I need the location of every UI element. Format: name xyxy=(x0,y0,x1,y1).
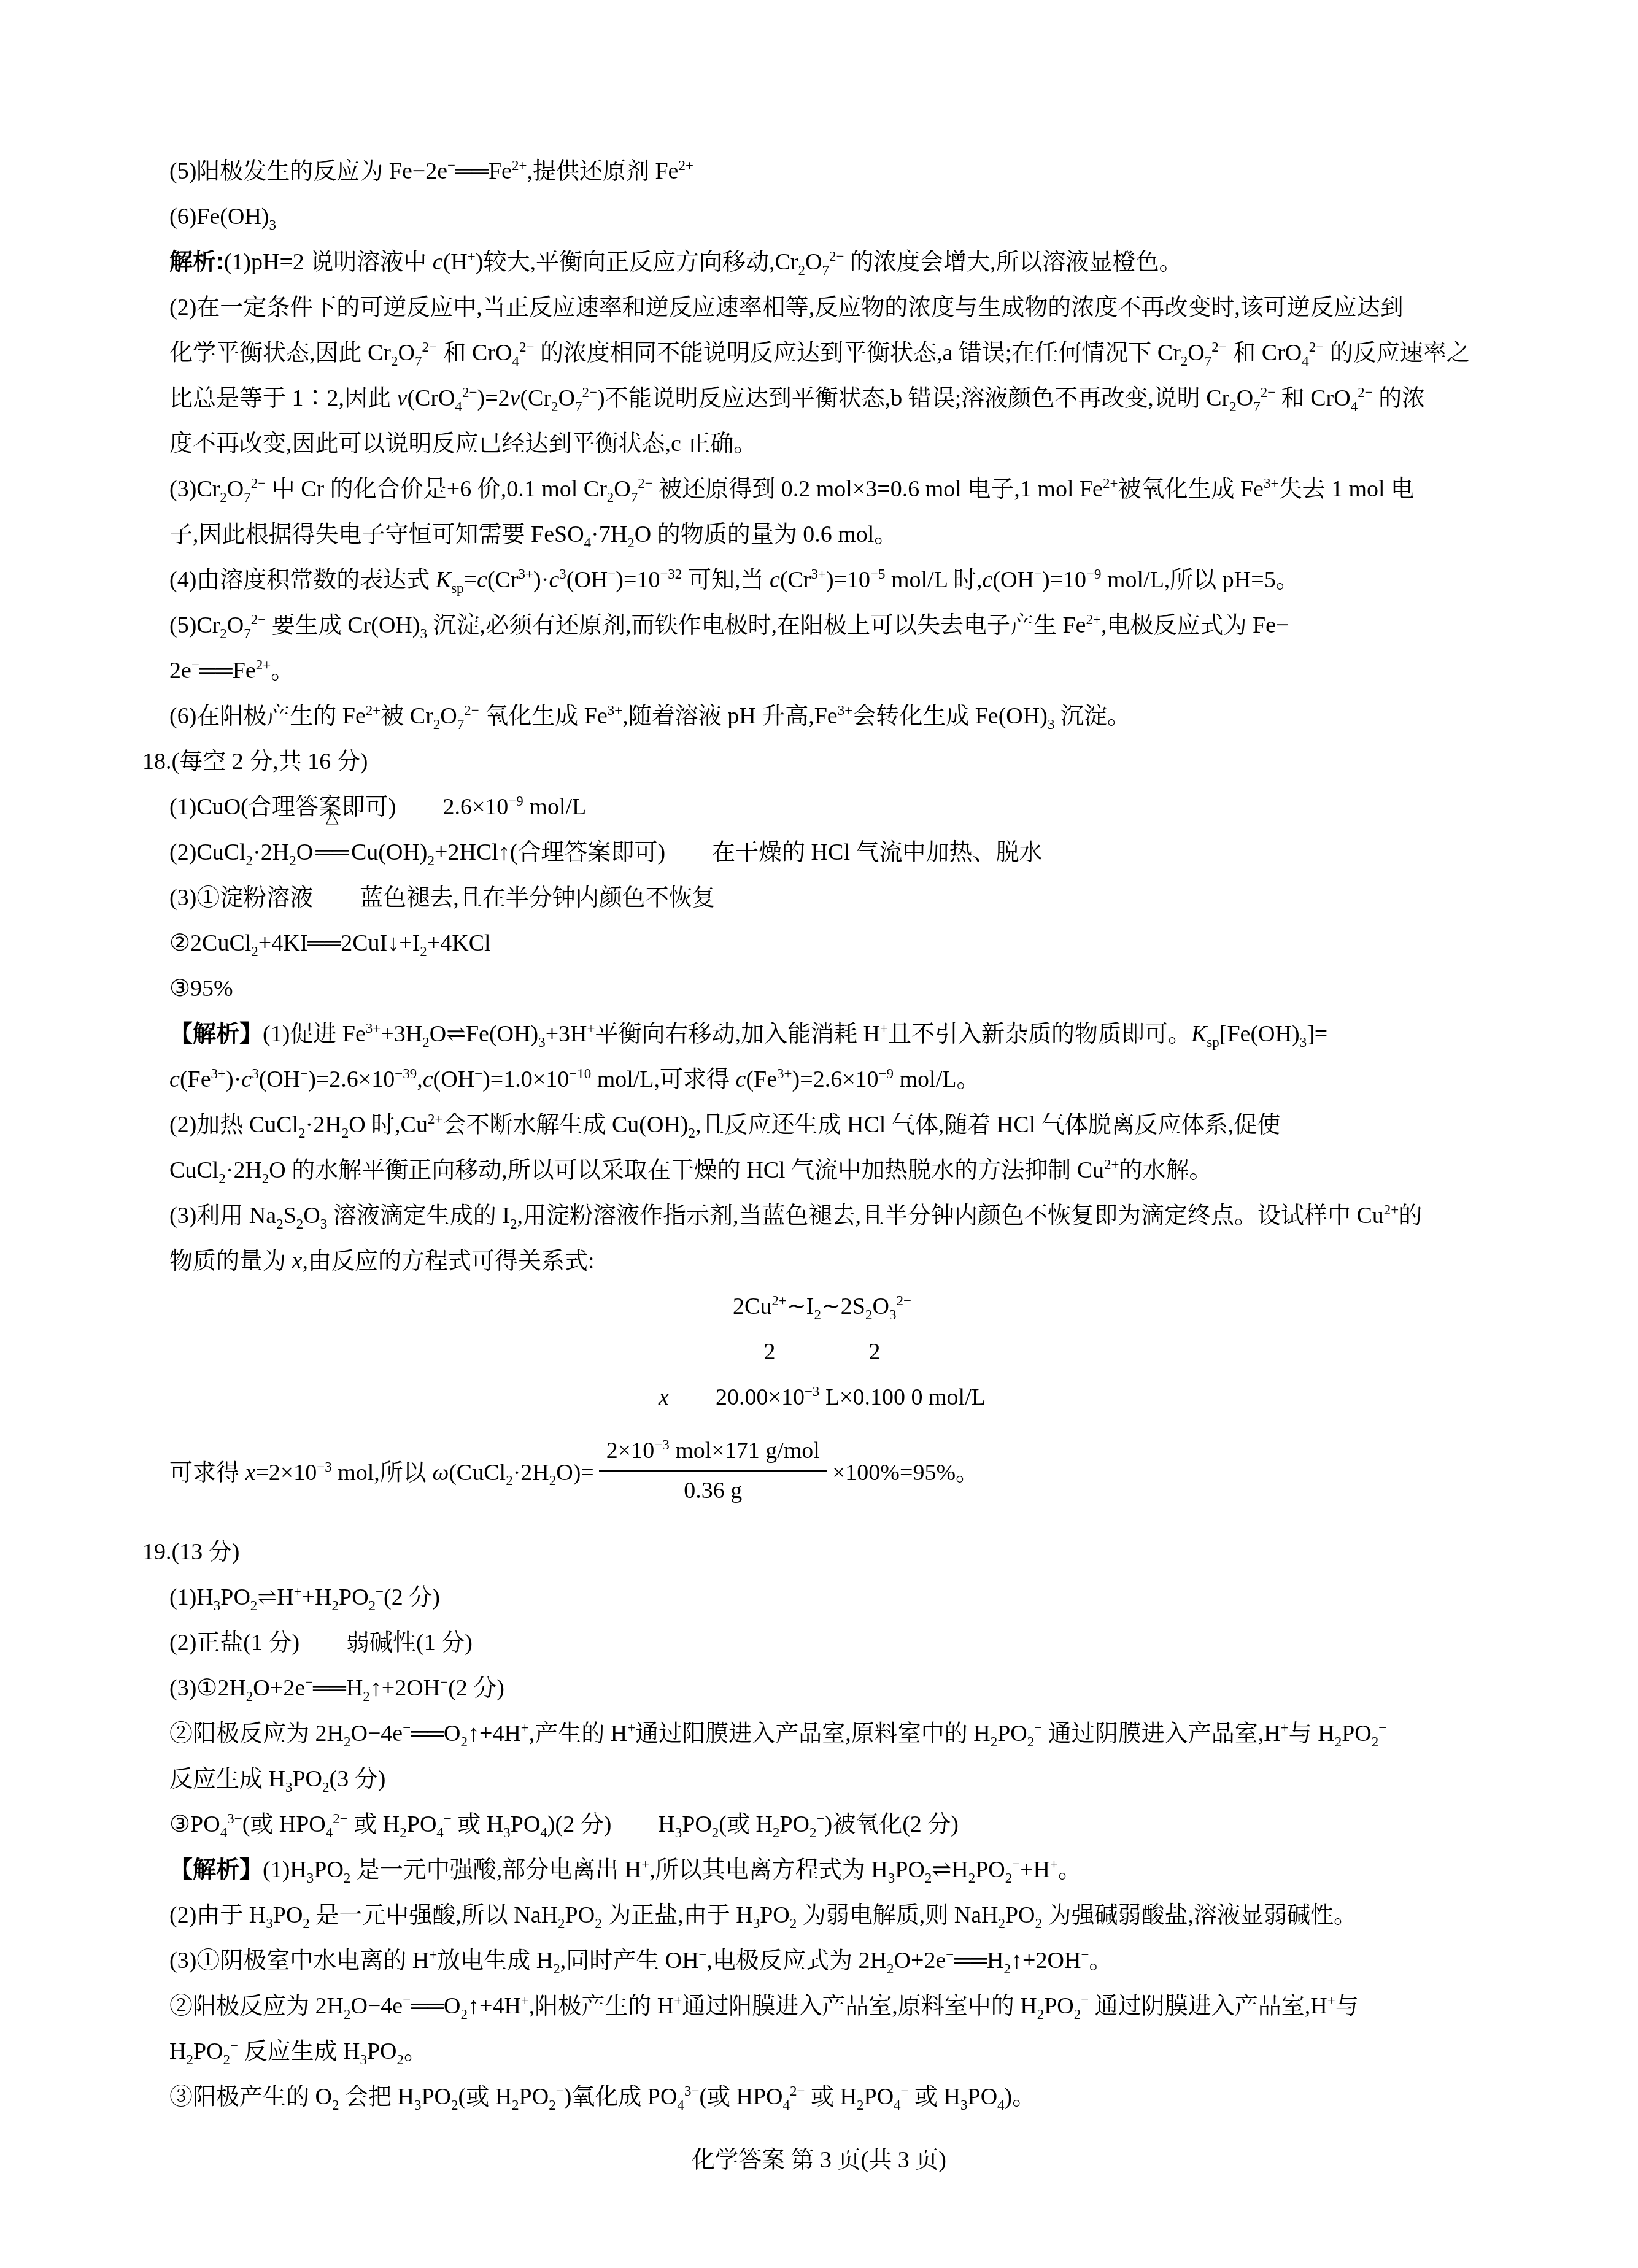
answer-line: 可求得 x=2×10−3 mol,所以 ω(CuCl2·2H2O)=2×10−3… xyxy=(169,1441,1502,1508)
answer-line: (6)在阳极产生的 Fe2+被 Cr2O72− 氧化生成 Fe3+,随着溶液 p… xyxy=(169,693,1502,739)
answer-line: ②2CuCl2+4KI══2CuI↓+I2+4KCl xyxy=(169,920,1502,966)
answer-line: (2)在一定条件下的可逆反应中,当正反应速率和逆反应速率相等,反应物的浓度与生成… xyxy=(169,285,1502,330)
answer-line: (1)CuO(合理答案即可) 2.6×10−9 mol/L xyxy=(169,784,1502,830)
answer-line: 解析:(1)pH=2 说明溶液中 c(H+)较大,平衡向正反应方向移动,Cr2O… xyxy=(169,239,1502,285)
answer-line: ③95% xyxy=(169,966,1502,1011)
answer-line: (3)①2H2O+2e−══H2↑+2OH−(2 分) xyxy=(169,1665,1502,1711)
delta-equals: △══ xyxy=(315,830,349,875)
answer-line: c(Fe3+)·c3(OH−)=2.6×10−39,c(OH−)=1.0×10−… xyxy=(169,1057,1502,1102)
answer-line: (2)正盐(1 分) 弱碱性(1 分) xyxy=(169,1620,1502,1665)
answer-line: ②阳极反应为 2H2O−4e−══O2↑+4H+,产生的 H+通过阳膜进入产品室… xyxy=(169,1711,1502,1756)
answer-line: 18.(每空 2 分,共 16 分) xyxy=(142,739,1502,784)
answer-line: (3)Cr2O72− 中 Cr 的化合价是+6 价,0.1 mol Cr2O72… xyxy=(169,466,1502,512)
answer-line: 【解析】(1)促进 Fe3++3H2O⇌Fe(OH)3+3H+平衡向右移动,加入… xyxy=(169,1011,1502,1057)
answer-line: (1)H3PO2⇌H++H2PO2−(2 分) xyxy=(169,1575,1502,1620)
fraction: 2×10−3 mol×171 g/mol0.36 g xyxy=(599,1437,827,1505)
answer-sheet-body: (5)阳极发生的反应为 Fe−2e−══Fe2+,提供还原剂 Fe2+(6)Fe… xyxy=(142,148,1502,2119)
answer-line: (5)Cr2O72− 要生成 Cr(OH)3 沉淀,必须有还原剂,而铁作电极时,… xyxy=(169,603,1502,648)
answer-line: 19.(13 分) xyxy=(142,1529,1502,1575)
answer-line: 比总是等于 1∶2,因此 v(CrO42−)=2v(Cr2O72−)不能说明反应… xyxy=(169,376,1502,421)
answer-line: (2)由于 H3PO2 是一元中强酸,所以 NaH2PO2 为正盐,由于 H3P… xyxy=(169,1892,1502,1938)
answer-line: 2e−══Fe2+。 xyxy=(169,648,1502,693)
answer-line: H2PO2− 反应生成 H3PO2。 xyxy=(169,2029,1502,2074)
answer-line: 【解析】(1)H3PO2 是一元中强酸,部分电离出 H+,所以其电离方程式为 H… xyxy=(169,1847,1502,1892)
answer-line: ③PO43−(或 HPO42− 或 H2PO4− 或 H3PO4)(2 分) H… xyxy=(169,1802,1502,1847)
answer-line: 度不再改变,因此可以说明反应已经达到平衡状态,c 正确。 xyxy=(169,421,1502,466)
answer-line: ②阳极反应为 2H2O−4e−══O2↑+4H+,阳极产生的 H+通过阳膜进入产… xyxy=(169,1983,1502,2029)
answer-line: (3)利用 Na2S2O3 溶液滴定生成的 I2,用淀粉溶液作指示剂,当蓝色褪去… xyxy=(169,1193,1502,1238)
answer-line: (5)阳极发生的反应为 Fe−2e−══Fe2+,提供还原剂 Fe2+ xyxy=(169,148,1502,194)
page-footer: 化学答案 第 3 页(共 3 页) xyxy=(0,2140,1638,2174)
answer-line: (3)①淀粉溶液 蓝色褪去,且在半分钟内颜色不恢复 xyxy=(169,875,1502,920)
answer-line: 2Cu2+∼I2∼2S2O32− xyxy=(142,1284,1502,1329)
answer-line: 物质的量为 x,由反应的方程式可得关系式: xyxy=(169,1238,1502,1284)
answer-line: 反应生成 H3PO2(3 分) xyxy=(169,1756,1502,1802)
answer-line: (4)由溶度积常数的表达式 Ksp=c(Cr3+)·c3(OH−)=10−32 … xyxy=(169,557,1502,603)
answer-line: x 20.00×10−3 L×0.100 0 mol/L xyxy=(142,1375,1502,1420)
answer-line: 子,因此根据得失电子守恒可知需要 FeSO4·7H2O 的物质的量为 0.6 m… xyxy=(169,512,1502,557)
answer-line: (2)加热 CuCl2·2H2O 时,Cu2+会不断水解生成 Cu(OH)2,且… xyxy=(169,1102,1502,1147)
answer-line: (2)CuCl2·2H2O△══Cu(OH)2+2HCl↑(合理答案即可) 在干… xyxy=(169,830,1502,875)
answer-line: ③阳极产生的 O2 会把 H3PO2(或 H2PO2−)氧化成 PO43−(或 … xyxy=(169,2074,1502,2119)
answer-line: (6)Fe(OH)3 xyxy=(169,194,1502,239)
answer-line: (3)①阴极室中水电离的 H+放电生成 H2,同时产生 OH−,电极反应式为 2… xyxy=(169,1938,1502,1983)
answer-line: CuCl2·2H2O 的水解平衡正向移动,所以可以采取在干燥的 HCl 气流中加… xyxy=(169,1147,1502,1193)
answer-line: 化学平衡状态,因此 Cr2O72− 和 CrO42− 的浓度相同不能说明反应达到… xyxy=(169,330,1502,376)
answer-line: 2 2 xyxy=(142,1329,1502,1375)
answer-sheet-page: (5)阳极发生的反应为 Fe−2e−══Fe2+,提供还原剂 Fe2+(6)Fe… xyxy=(0,0,1638,2268)
